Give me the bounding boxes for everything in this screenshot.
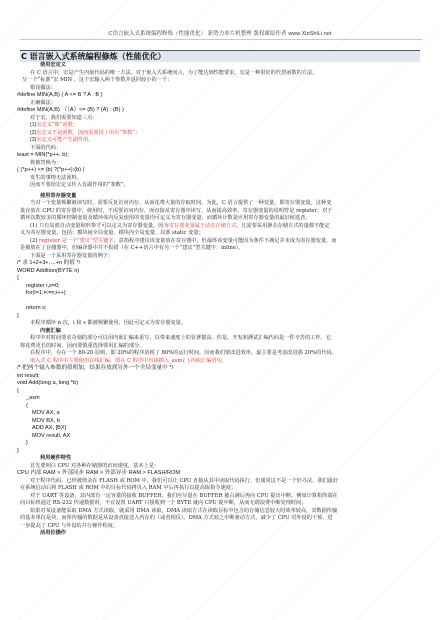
paragraph: 是被放在了存储器中，但编译器中并不报错（在 C++语言中有另一个“建议”型关键字… — [20, 245, 422, 253]
section-heading-asm: 内嵌汇编 — [20, 328, 422, 336]
code-line: /* 把两个输入参数的值相加，结果存放到另外一个全局变量中 */ — [17, 365, 422, 373]
section-heading-macro: 使用宏定义 — [20, 62, 422, 70]
memory-speed-order: CPU 内部 RAM > 外部同步 RAM > 外部异步 RAM > FLASH… — [17, 470, 422, 478]
paragraph: 量存放在 CPU 的寄存器中，使用时，不需要访问内存，而直接从寄存器中读写，从而… — [20, 208, 422, 216]
paragraph: 因而不要给宏定义传入有副作用的“参数”。 — [20, 182, 422, 190]
text-run: (1) 只有局部自动变量和形参才可以定义为寄存器变量。因为 — [30, 223, 169, 229]
code-line: } — [20, 440, 422, 448]
code-line: { — [17, 275, 422, 283]
paragraph: 将被替换为： — [20, 160, 422, 168]
paragraph: 义为寄存器变量，包括：模块间全局变量、模块内全局变量、局部 static 变量； — [20, 230, 422, 238]
document-title-bar: C 语言嵌入式系统编程修炼（性能优化） — [20, 50, 420, 62]
text-run: ，凡需要采用静态存储方式的量都不能定 — [236, 223, 329, 229]
section-heading-bitops: 活用位操作 — [20, 530, 422, 538]
code-line: _asm — [20, 395, 422, 403]
text-run: ，意指程序建议该变量放在寄存器中，但最终该变量可能因为条件不满足并未成为寄存器变… — [113, 238, 336, 244]
paragraph: 的基本单位是块，而所传输的数据是从设备直接送入内存的（或者相反）。DMA 方式较… — [20, 515, 422, 523]
paragraph: 下面的代码： — [20, 145, 422, 153]
code-line: } — [17, 448, 422, 456]
section-heading-hardware: 利用硬件特性 — [20, 455, 422, 463]
paragraph: 对于宏，我们需要知道三点： — [20, 115, 422, 123]
paragraph: 发生的事情无法预料。 — [20, 175, 422, 183]
paragraph: 本程序循环 n 次，i 和 s 都被频繁使用，因此可定义为寄存器变量。 — [20, 320, 422, 328]
paragraph: 错误做法： — [20, 85, 422, 93]
paragraph: 在系统启动后将 FLASH 或 ROM 中的目标代码拷贝入 RAM 中后再执行以… — [20, 485, 422, 493]
list-text: 宏定义可能产生副作用。 — [36, 137, 93, 143]
highlight-text: register 是一个“建议”型关键字 — [39, 238, 113, 244]
highlight-paragraph: 嵌入式 C 程序中主要使用在线汇编，即在 C 程序中直接插入_asm{ }内嵌汇… — [20, 358, 422, 366]
highlight-text: 寄存器变量属于动态存储方式 — [169, 223, 236, 229]
paragraph: 当对一个变量频繁被读写时，需要反复访问内存，从而花费大量的存取时间。为此，C 语… — [20, 200, 422, 208]
paragraph: 在程序中，存在一个 80-20 原则，即 20%的程序消耗了 80%的运行时间，… — [20, 350, 422, 358]
code-line: #define MIN(A,B) （（A）<= (B) ? (A) : (B) … — [17, 107, 422, 115]
text-run: (2) — [30, 238, 39, 244]
code-line: ( (*p++) <= (b) ?(*p++):(b) ) — [17, 167, 422, 175]
paragraph: 将花费更长的时间，因而要慎重选择要用汇编的部分。 — [20, 343, 422, 351]
code-line: void Add(long a, long *b) — [17, 380, 422, 388]
code-line: return s; — [20, 305, 422, 313]
code-line: int result; — [17, 373, 422, 381]
list-text: 宏定义“像”函数； — [36, 122, 78, 128]
code-line: ADD AX, [BX] — [20, 425, 422, 433]
code-line: MOV result, AX — [20, 433, 422, 441]
header-site: www.XinShiLi.net — [288, 31, 331, 37]
code-line: WORD Addition(BYTE n) — [17, 268, 422, 276]
code-line: { — [17, 388, 422, 396]
code-line: MOV AX, a — [20, 410, 422, 418]
list-item: (1)宏定义“像”函数； — [20, 122, 422, 130]
paragraph: 正确做法： — [20, 100, 422, 108]
document-title: C 语言嵌入式系统编程修炼（性能优化） — [21, 51, 166, 62]
section-heading-register: 使用寄存器变量 — [20, 193, 422, 201]
header-divider — [20, 39, 422, 40]
code-line: } — [17, 313, 422, 321]
paragraph: 程序中对时间要求苛刻的部分可以用内嵌汇编来重写，以带来速度上的显著提高。但是，开… — [20, 335, 422, 343]
paragraph: (1) 只有局部自动变量和形参才可以定义为寄存器变量。因为寄存器变量属于动态存储… — [20, 223, 422, 231]
paragraph: 在 C 语言中，宏是产生内嵌代码的唯一方法。对于嵌入式系统而言，为了能达到性能要… — [20, 70, 422, 78]
list-text: 宏定义不是函数，因而需要括上所有“参数”； — [36, 130, 140, 136]
paragraph: 写一个“标准”宏 MIN ，这个宏输入两个参数并返回较小的一个： — [20, 77, 422, 85]
code-line: #define MIN(A,B) ( A <= B ? A : B ) — [17, 92, 422, 100]
code-line: register i,s=0; — [20, 283, 422, 291]
paragraph: 下面是一个采用寄存器变量的例子： — [20, 253, 422, 261]
paragraph: 一步提高了 CPU 与外设的并行操作程度。 — [20, 523, 422, 531]
page-header: C语言嵌入式系统编程修炼（性能优化） 新势力单片机整理 版权属原作者 www.X… — [0, 29, 440, 37]
paragraph: 首先要明白 CPU 对各种存储器的访问速度，基本上是： — [20, 463, 422, 471]
code-line: least = MIN(*p++, b); — [17, 152, 422, 160]
code-line: MOV BX, b — [20, 418, 422, 426]
paragraph: (2) register 是一个“建议”型关键字，意指程序建议该变量放在寄存器中… — [20, 238, 422, 246]
paragraph: 向目标机通过 RS-232 传递数据时，不宜设置 UART 只接收到一个 BYT… — [20, 500, 422, 508]
paragraph: 循环次数较多的循环控制变量及循环体内反复使用的变量均可定义为寄存器变量，而循环计… — [20, 215, 422, 223]
code-line: /* 求 1+2+3+….+n 的值 */ — [17, 260, 422, 268]
code-line — [20, 298, 422, 306]
list-item: (2)宏定义不是函数，因而需要括上所有“参数”； — [20, 130, 422, 138]
code-line: { — [20, 403, 422, 411]
paragraph: 对于程序代码，已经被烧录在 FLASH 或 ROM 中，我们可以让 CPU 直接… — [20, 478, 422, 486]
paragraph: 如果对某设备能采取 DMA 方式读取，就采用 DMA 读取，DMA 读取方式在读… — [20, 508, 422, 516]
header-text: C语言嵌入式系统编程修炼（性能优化） 新势力单片机整理 版权属原作者 — [108, 31, 286, 37]
list-item: (3)宏定义可能产生副作用。 — [20, 137, 422, 145]
code-line: for(i=1;i<=n;i++) — [20, 290, 422, 298]
document-body: 使用宏定义 在 C 语言中，宏是产生内嵌代码的唯一方法。对于嵌入式系统而言，为了… — [20, 62, 422, 538]
paragraph: 对于 UART 等设备，其内部有一定容量的接收 BUFFER，我们应尽量在 BU… — [20, 493, 422, 501]
